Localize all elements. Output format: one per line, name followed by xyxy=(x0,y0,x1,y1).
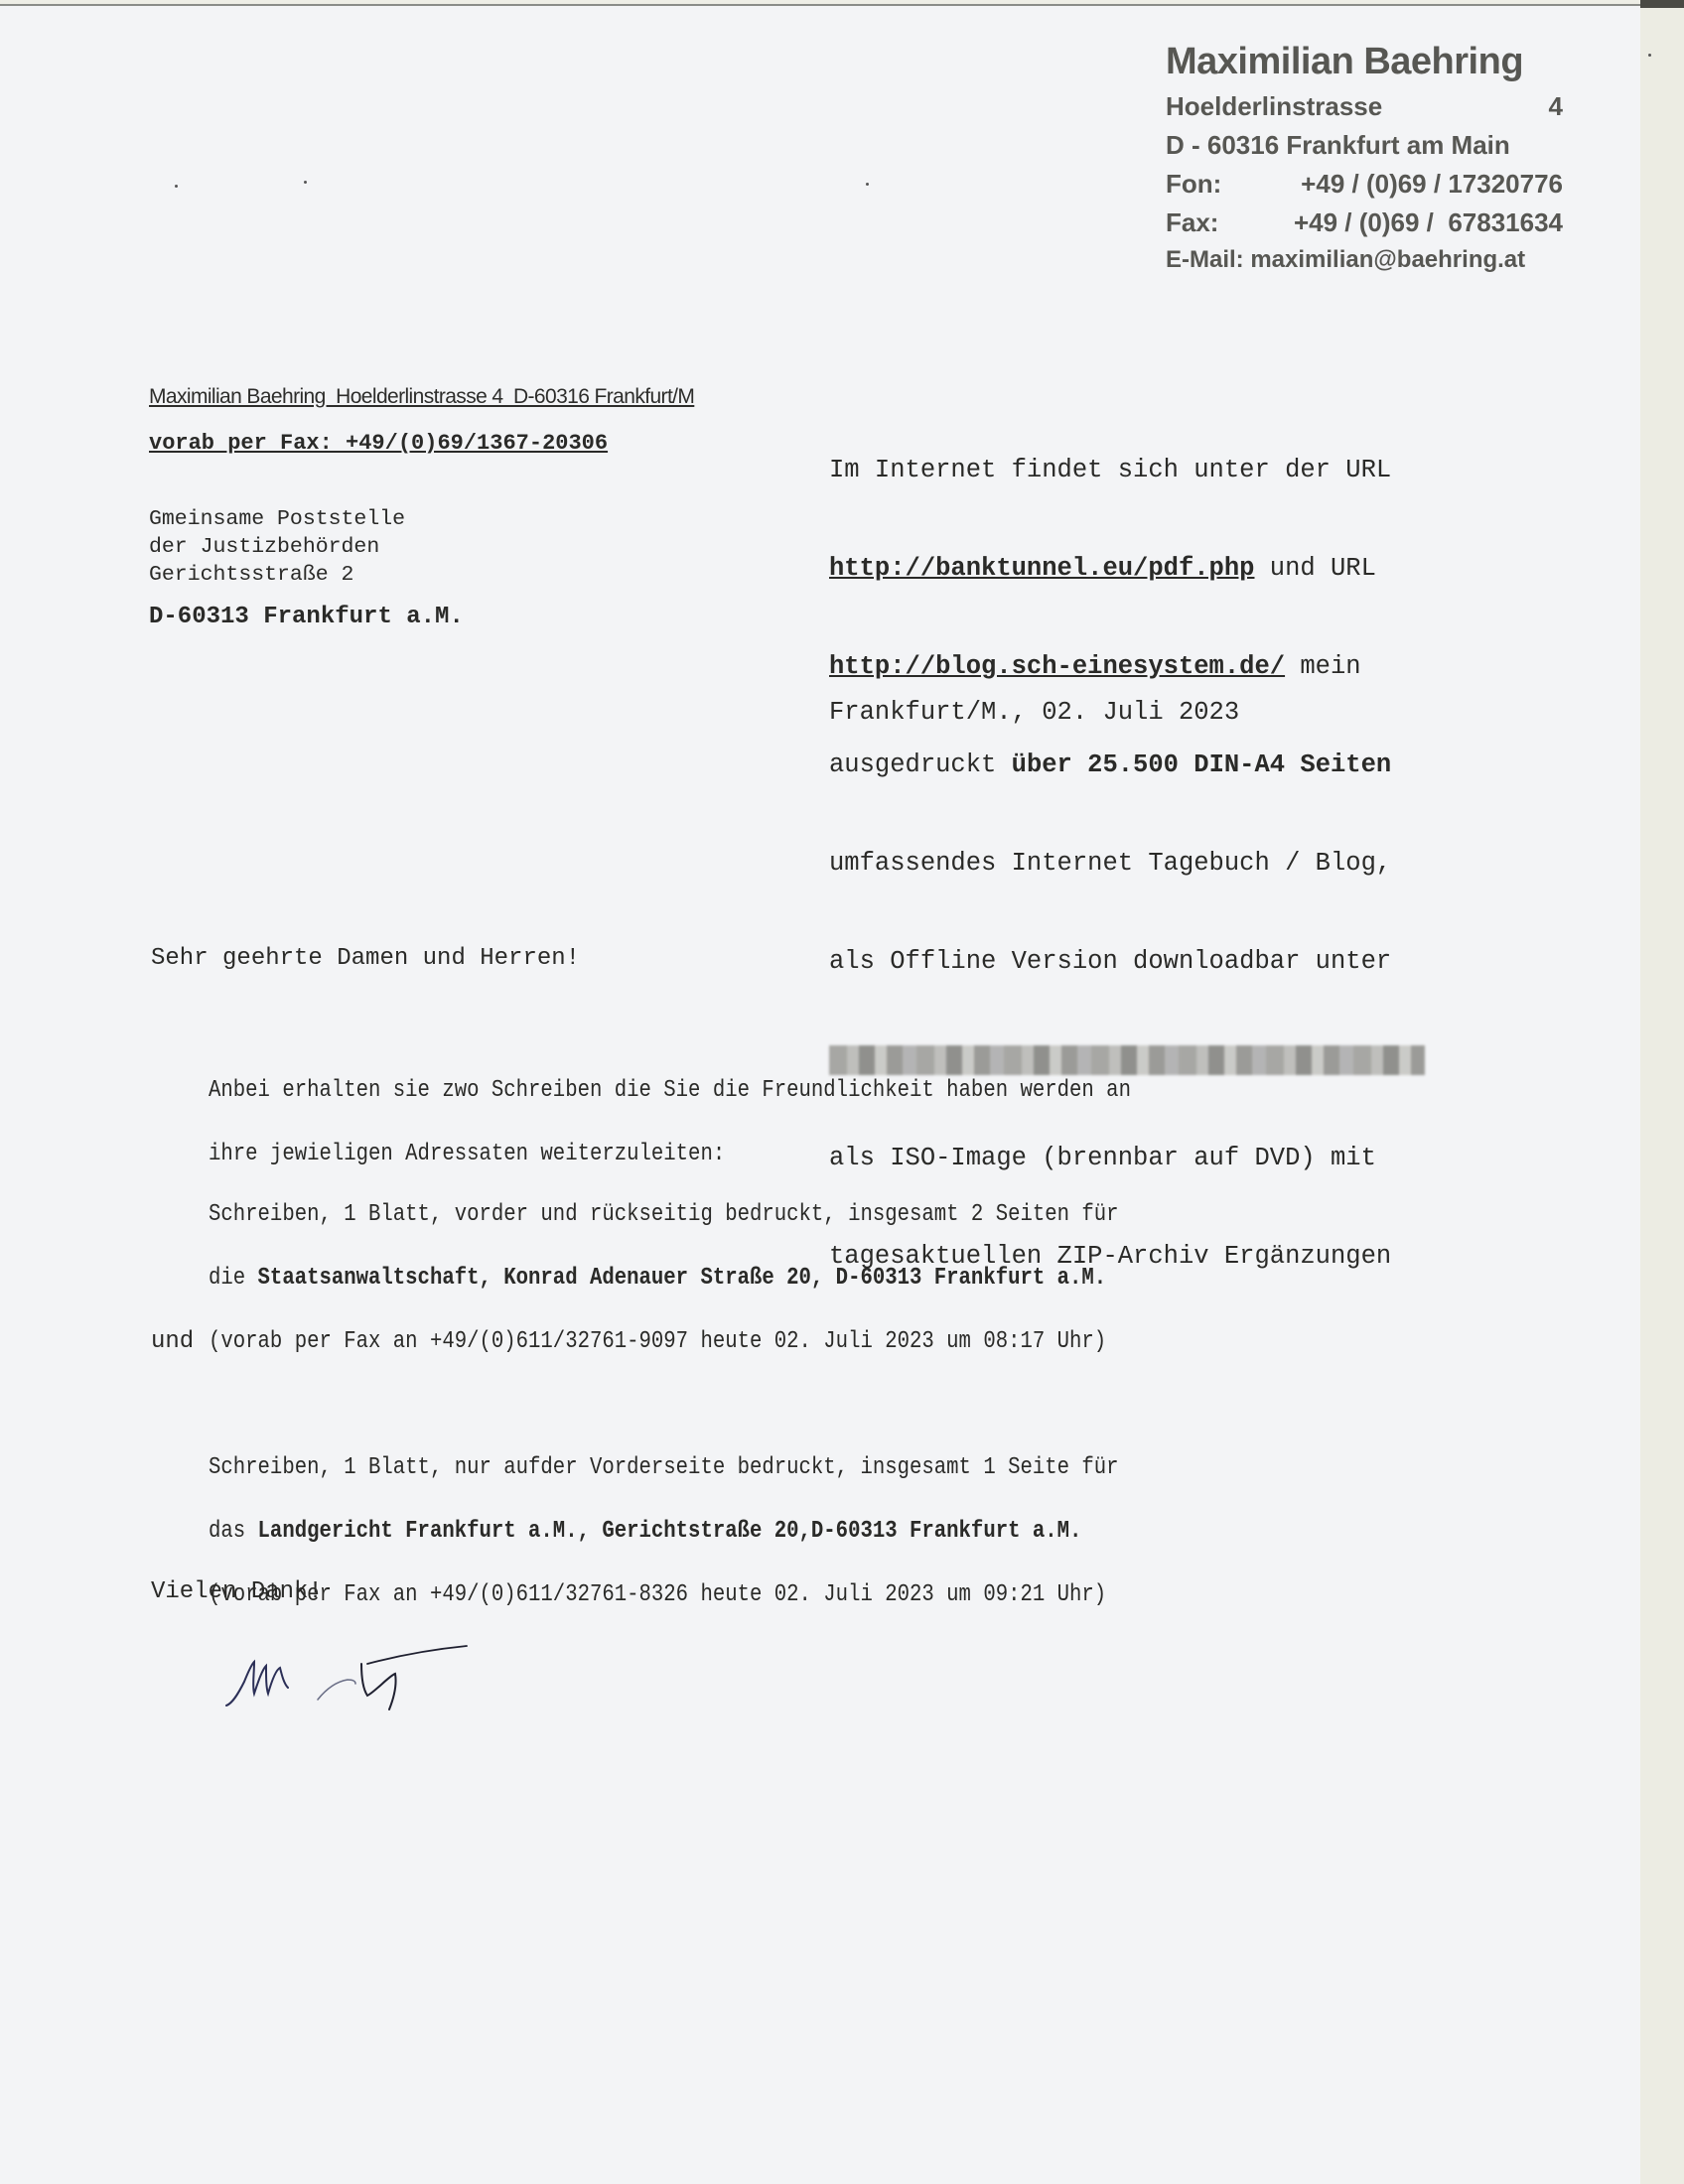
letterhead-street-row: Hoelderlinstrasse 4 xyxy=(1166,87,1563,126)
recipient-line-3: Gerichtsstraße 2 xyxy=(149,561,464,589)
enclosure-item-2: Schreiben, 1 Blatt, nur aufder Vordersei… xyxy=(151,1421,1266,1643)
letterhead-fax-label: Fax: xyxy=(1166,204,1257,242)
item1-line-2: die Staatsanwaltschaft, Konrad Adenauer … xyxy=(209,1263,1106,1295)
info-line-4: ausgedruckt über 25.500 DIN-A4 Seiten xyxy=(829,749,1504,781)
info-line-3: http://blog.sch-einesystem.de/ mein xyxy=(829,650,1504,683)
recipient-address: Gmeinsame Poststelle der Justizbehörden … xyxy=(149,505,464,632)
blog-link[interactable]: http://blog.sch-einesystem.de/ xyxy=(829,652,1285,681)
scan-speck xyxy=(1648,54,1651,57)
sender-return-address: Maximilian Baehring Hoelderlinstrasse 4 … xyxy=(149,385,694,409)
info-page-count: über 25.500 DIN-A4 Seiten xyxy=(1012,751,1392,779)
info-line-3-suffix: mein xyxy=(1285,652,1361,681)
intro-line-2: ihre jewieligen Adressaten weiterzuleite… xyxy=(209,1139,725,1170)
conjunction: und xyxy=(151,1326,194,1358)
letterhead-house-number: 4 xyxy=(1549,87,1563,126)
scan-speck xyxy=(866,183,869,186)
letterhead-city: D - 60316 Frankfurt am Main xyxy=(1166,126,1510,165)
scan-speck xyxy=(175,185,178,188)
letterhead-city-row: D - 60316 Frankfurt am Main xyxy=(1166,126,1563,165)
scan-edge-strip xyxy=(1640,0,1684,2184)
letter-date: Frankfurt/M., 02. Juli 2023 xyxy=(829,698,1239,727)
info-line-6: als Offline Version downloadbar unter xyxy=(829,945,1504,978)
item2-recipient: Landgericht Frankfurt a.M., Gerichtstraß… xyxy=(257,1518,1081,1545)
letterhead-name: Maximilian Baehring xyxy=(1166,36,1563,87)
blog-pdf-link[interactable]: http://banktunnel.eu/pdf.php xyxy=(829,554,1254,583)
item1-line-3: (vorab per Fax an +49/(0)611/32761-9097 … xyxy=(209,1326,1106,1358)
item2-line-3: (vorab per Fax an +49/(0)611/32761-8326 … xyxy=(209,1579,1106,1611)
item1-line-2-prefix: die xyxy=(209,1265,258,1292)
closing: Vielen Dank! xyxy=(151,1576,323,1608)
info-line-2-suffix: und URL xyxy=(1254,554,1375,583)
letterhead-phone: +49 / (0)69 / 17320776 xyxy=(1301,165,1563,204)
item2-line-2: das Landgericht Frankfurt a.M., Gerichts… xyxy=(209,1516,1081,1548)
letterhead-phone-label: Fon: xyxy=(1166,165,1257,204)
fax-note: vorab per Fax: +49/(0)69/1367-20306 xyxy=(149,431,608,456)
intro-line-1: Anbei erhalten sie zwo Schreiben die Sie… xyxy=(209,1075,1131,1107)
info-line-5: umfassendes Internet Tagebuch / Blog, xyxy=(829,847,1504,880)
letterhead-fax-row: Fax: +49 / (0)69 / 67831634 xyxy=(1166,204,1563,242)
item1-recipient: Staatsanwaltschaft, Konrad Adenauer Stra… xyxy=(257,1265,1106,1292)
recipient-line-1: Gmeinsame Poststelle xyxy=(149,505,464,533)
letterhead-email: E-Mail: maximilian@baehring.at xyxy=(1166,242,1563,278)
scan-speck xyxy=(304,181,307,184)
letterhead-fax: +49 / (0)69 / 67831634 xyxy=(1294,204,1563,242)
letterhead-street: Hoelderlinstrasse xyxy=(1166,87,1382,126)
salutation: Sehr geehrte Damen und Herren! xyxy=(151,943,580,975)
handwritten-signature xyxy=(218,1634,477,1713)
recipient-line-2: der Justizbehörden xyxy=(149,533,464,561)
letterhead: Maximilian Baehring Hoelderlinstrasse 4 … xyxy=(1166,36,1563,278)
enclosure-item-1: Schreiben, 1 Blatt, vorder und rückseiti… xyxy=(151,1167,1266,1390)
letter-page: Maximilian Baehring Hoelderlinstrasse 4 … xyxy=(0,4,1640,2184)
scan-edge-shadow xyxy=(1640,0,1684,8)
item2-line-1: Schreiben, 1 Blatt, nur aufder Vordersei… xyxy=(209,1452,1119,1484)
info-line-1: Im Internet findet sich unter der URL xyxy=(829,454,1504,486)
info-line-2: http://banktunnel.eu/pdf.php und URL xyxy=(829,552,1504,585)
info-line-4-prefix: ausgedruckt xyxy=(829,751,1012,779)
item1-line-1: Schreiben, 1 Blatt, vorder und rückseiti… xyxy=(209,1199,1119,1231)
letterhead-phone-row: Fon: +49 / (0)69 / 17320776 xyxy=(1166,165,1563,204)
item2-line-2-prefix: das xyxy=(209,1518,258,1545)
recipient-city: D-60313 Frankfurt a.M. xyxy=(149,603,464,632)
